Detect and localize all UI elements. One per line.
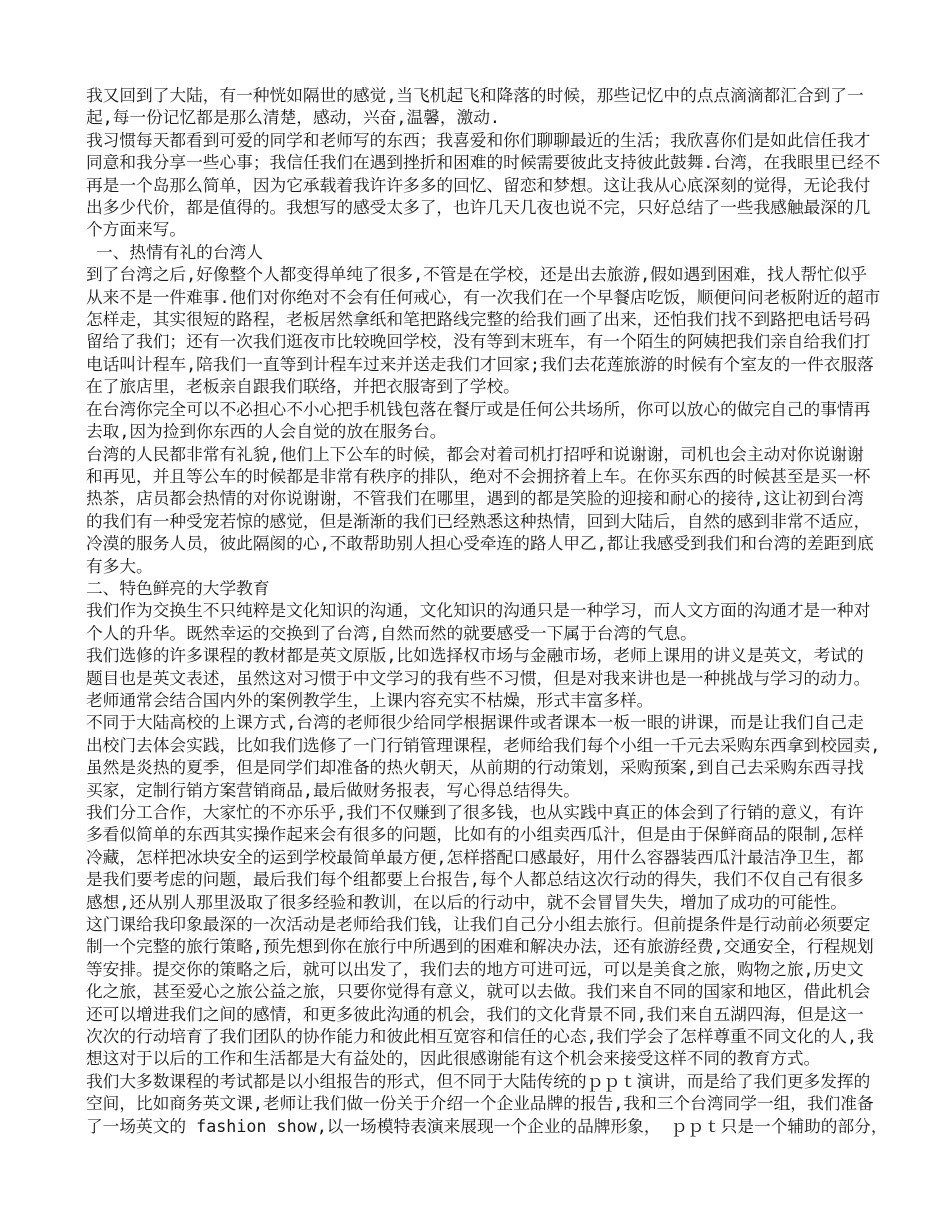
text-line: 的我们有一种受宠若惊的感觉，但是渐渐的我们已经熟悉这种热情，回到大陆后，自然的感…	[86, 510, 876, 532]
text-line: 我们分工合作，大家忙的不亦乐乎,我们不仅赚到了很多钱，也从实践中真正的体会到了行…	[86, 801, 876, 823]
text-line: 冷藏，怎样把冰块安全的运到学校最简单最方便,怎样搭配口感最好，用什么容器装西瓜汁…	[86, 846, 876, 868]
text-line: 题目也是英文表述，虽然这对习惯于中文学习的我有些不习惯，但是对我来讲也是一种挑战…	[86, 667, 876, 689]
text-line: 台湾的人民都非常有礼貌,他们上下公车的时候，都会对着司机打招呼和说谢谢，司机也会…	[86, 443, 876, 465]
text-line: 留给了我们；还有一次我们逛夜市比较晚回学校，没有等到末班车，有一个陌生的阿姨把我…	[86, 330, 876, 352]
text-line: 怎样走，其实很短的路程，老板居然拿纸和笔把路线完整的给我们画了出来，还怕我们找不…	[86, 308, 876, 330]
text-line: 同意和我分享一些心事；我信任我们在遇到挫折和困难的时候需要彼此支持彼此鼓舞.台湾…	[86, 151, 876, 173]
text-line: 到了台湾之后,好像整个人都变得单纯了很多,不管是在学校，还是出去旅游,假如遇到困…	[86, 263, 876, 285]
text-line: 感想,还从别人那里汲取了很多经验和教训，在以后的行动中，就不会冒冒失失，增加了成…	[86, 891, 876, 913]
text-line: 空间，比如商务英文课,老师让我们做一份关于介绍一个企业品牌的报告,我和三个台湾同…	[86, 1092, 876, 1114]
text-line: 冷漠的服务人员，彼此隔阂的心,不敢帮助别人担心受牵连的路人甲乙,都让我感受到我们…	[86, 532, 876, 554]
text-line: 虽然是炎热的夏季，但是同学们却准备的热火朝天，从前期的行动策划，采购预案,到自己…	[86, 756, 876, 778]
text-line: 还可以增进我们之间的感情，和更多彼此沟通的机会，我们的文化背景不同,我们来自五湖…	[86, 1003, 876, 1025]
text-line: 等安排。提交你的策略之后，就可以出发了，我们去的地方可进可远，可以是美食之旅，购…	[86, 958, 876, 980]
text-line: 我习惯每天都看到可爱的同学和老师写的东西；我喜爱和你们聊聊最近的生活；我欣喜你们…	[86, 129, 876, 151]
text-line: 我们选修的许多课程的教材都是英文原版,比如选择权市场与金融市场，老师上课用的讲义…	[86, 644, 876, 666]
text-line: 热茶，店员都会热情的对你说谢谢，不管我们在哪里，遇到的都是笑脸的迎接和耐心的接待…	[86, 487, 876, 509]
text-line: 多看似简单的东西其实操作起来会有很多的问题，比如有的小组卖西瓜汁，但是由于保鲜商…	[86, 823, 876, 845]
text-line: 不同于大陆高校的上课方式,台湾的老师很少给同学根据课件或者课本一板一眼的讲课，而…	[86, 711, 876, 733]
text-line: 去取,因为捡到你东西的人会自觉的放在服务台。	[86, 420, 876, 442]
text-line: 买家，定制行销方案营销商品,最后做财务报表，写心得总结得失。	[86, 779, 876, 801]
text-line: 起,每一份记忆都是那么清楚，感动，兴奋,温馨，激动.	[86, 106, 876, 128]
text-line: 制一个完整的旅行策略,预先想到你在旅行中所遇到的困难和解决办法，还有旅游经费,交…	[86, 935, 876, 957]
text-line: 和再见，并且等公车的时候都是非常有秩序的排队，绝对不会拥挤着上车。在你买东西的时…	[86, 465, 876, 487]
text-line: 二、特色鲜亮的大学教育	[86, 577, 876, 599]
text-line: 出多少代价，都是值得的。我想写的感受太多了，也许几天几夜也说不完，只好总结了一些…	[86, 196, 876, 218]
text-line: 这门课给我印象最深的一次活动是老师给我们钱，让我们自己分小组去旅行。但前提条件是…	[86, 913, 876, 935]
text-line: 有多大。	[86, 555, 876, 577]
text-line: 从来不是一件难事.他们对你绝对不会有任何戒心，有一次我们在一个早餐店吃饭，顺便问…	[86, 286, 876, 308]
text-line: 出校门去体会实践，比如我们选修了一门行销管理课程，老师给我们每个小组一千元去采购…	[86, 734, 876, 756]
document-page: 我又回到了大陆，有一种恍如隔世的感觉,当飞机起飞和降落的时候，那些记忆中的点点滴…	[0, 0, 950, 1230]
text-line: 个方面来写。	[86, 218, 876, 240]
text-line: 老师通常会结合国内外的案例教学生，上课内容充实不枯燥，形式丰富多样。	[86, 689, 876, 711]
text-line: 在台湾你完全可以不必担心不小心把手机钱包落在餐厅或是任何公共场所，你可以放心的做…	[86, 398, 876, 420]
document-text: 我又回到了大陆，有一种恍如隔世的感觉,当飞机起飞和降落的时候，那些记忆中的点点滴…	[86, 84, 876, 1137]
text-line: 化之旅，甚至爱心之旅公益之旅，只要你觉得有意义，就可以去做。我们来自不同的国家和…	[86, 980, 876, 1002]
text-line: 想这对于以后的工作和生活都是大有益处的，因此很感谢能有这个机会来接受这样不同的教…	[86, 1047, 876, 1069]
text-line: 在了旅店里，老板亲自跟我们联络，并把衣服寄到了学校。	[86, 375, 876, 397]
text-line: 次次的行动培育了我们团队的协作能力和彼此相互宽容和信任的心态,我们学会了怎样尊重…	[86, 1025, 876, 1047]
text-line: 是我们要考虑的问题，最后我们每个组都要上台报告,每个人都总结这次行动的得失，我们…	[86, 868, 876, 890]
text-line: 了一场英文的 fashion show,以一场模特表演来展现一个企业的品牌形象，…	[86, 1115, 876, 1137]
text-line: 个人的升华。既然幸运的交换到了台湾,自然而然的就要感受一下属于台湾的气息。	[86, 622, 876, 644]
text-line: 电话叫计程车,陪我们一直等到计程车过来并送走我们才回家;我们去花莲旅游的时候有个…	[86, 353, 876, 375]
text-line: 我们作为交换生不只纯粹是文化知识的沟通，文化知识的沟通只是一种学习，而人文方面的…	[86, 599, 876, 621]
text-line: 我们大多数课程的考试都是以小组报告的形式，但不同于大陆传统的ｐｐｔ演讲，而是给了…	[86, 1070, 876, 1092]
text-line: 我又回到了大陆，有一种恍如隔世的感觉,当飞机起飞和降落的时候，那些记忆中的点点滴…	[86, 84, 876, 106]
text-line: 再是一个岛那么简单，因为它承载着我许许多多的回忆、留恋和梦想。这让我从心底深刻的…	[86, 174, 876, 196]
text-line: 一、热情有礼的台湾人	[86, 241, 876, 263]
